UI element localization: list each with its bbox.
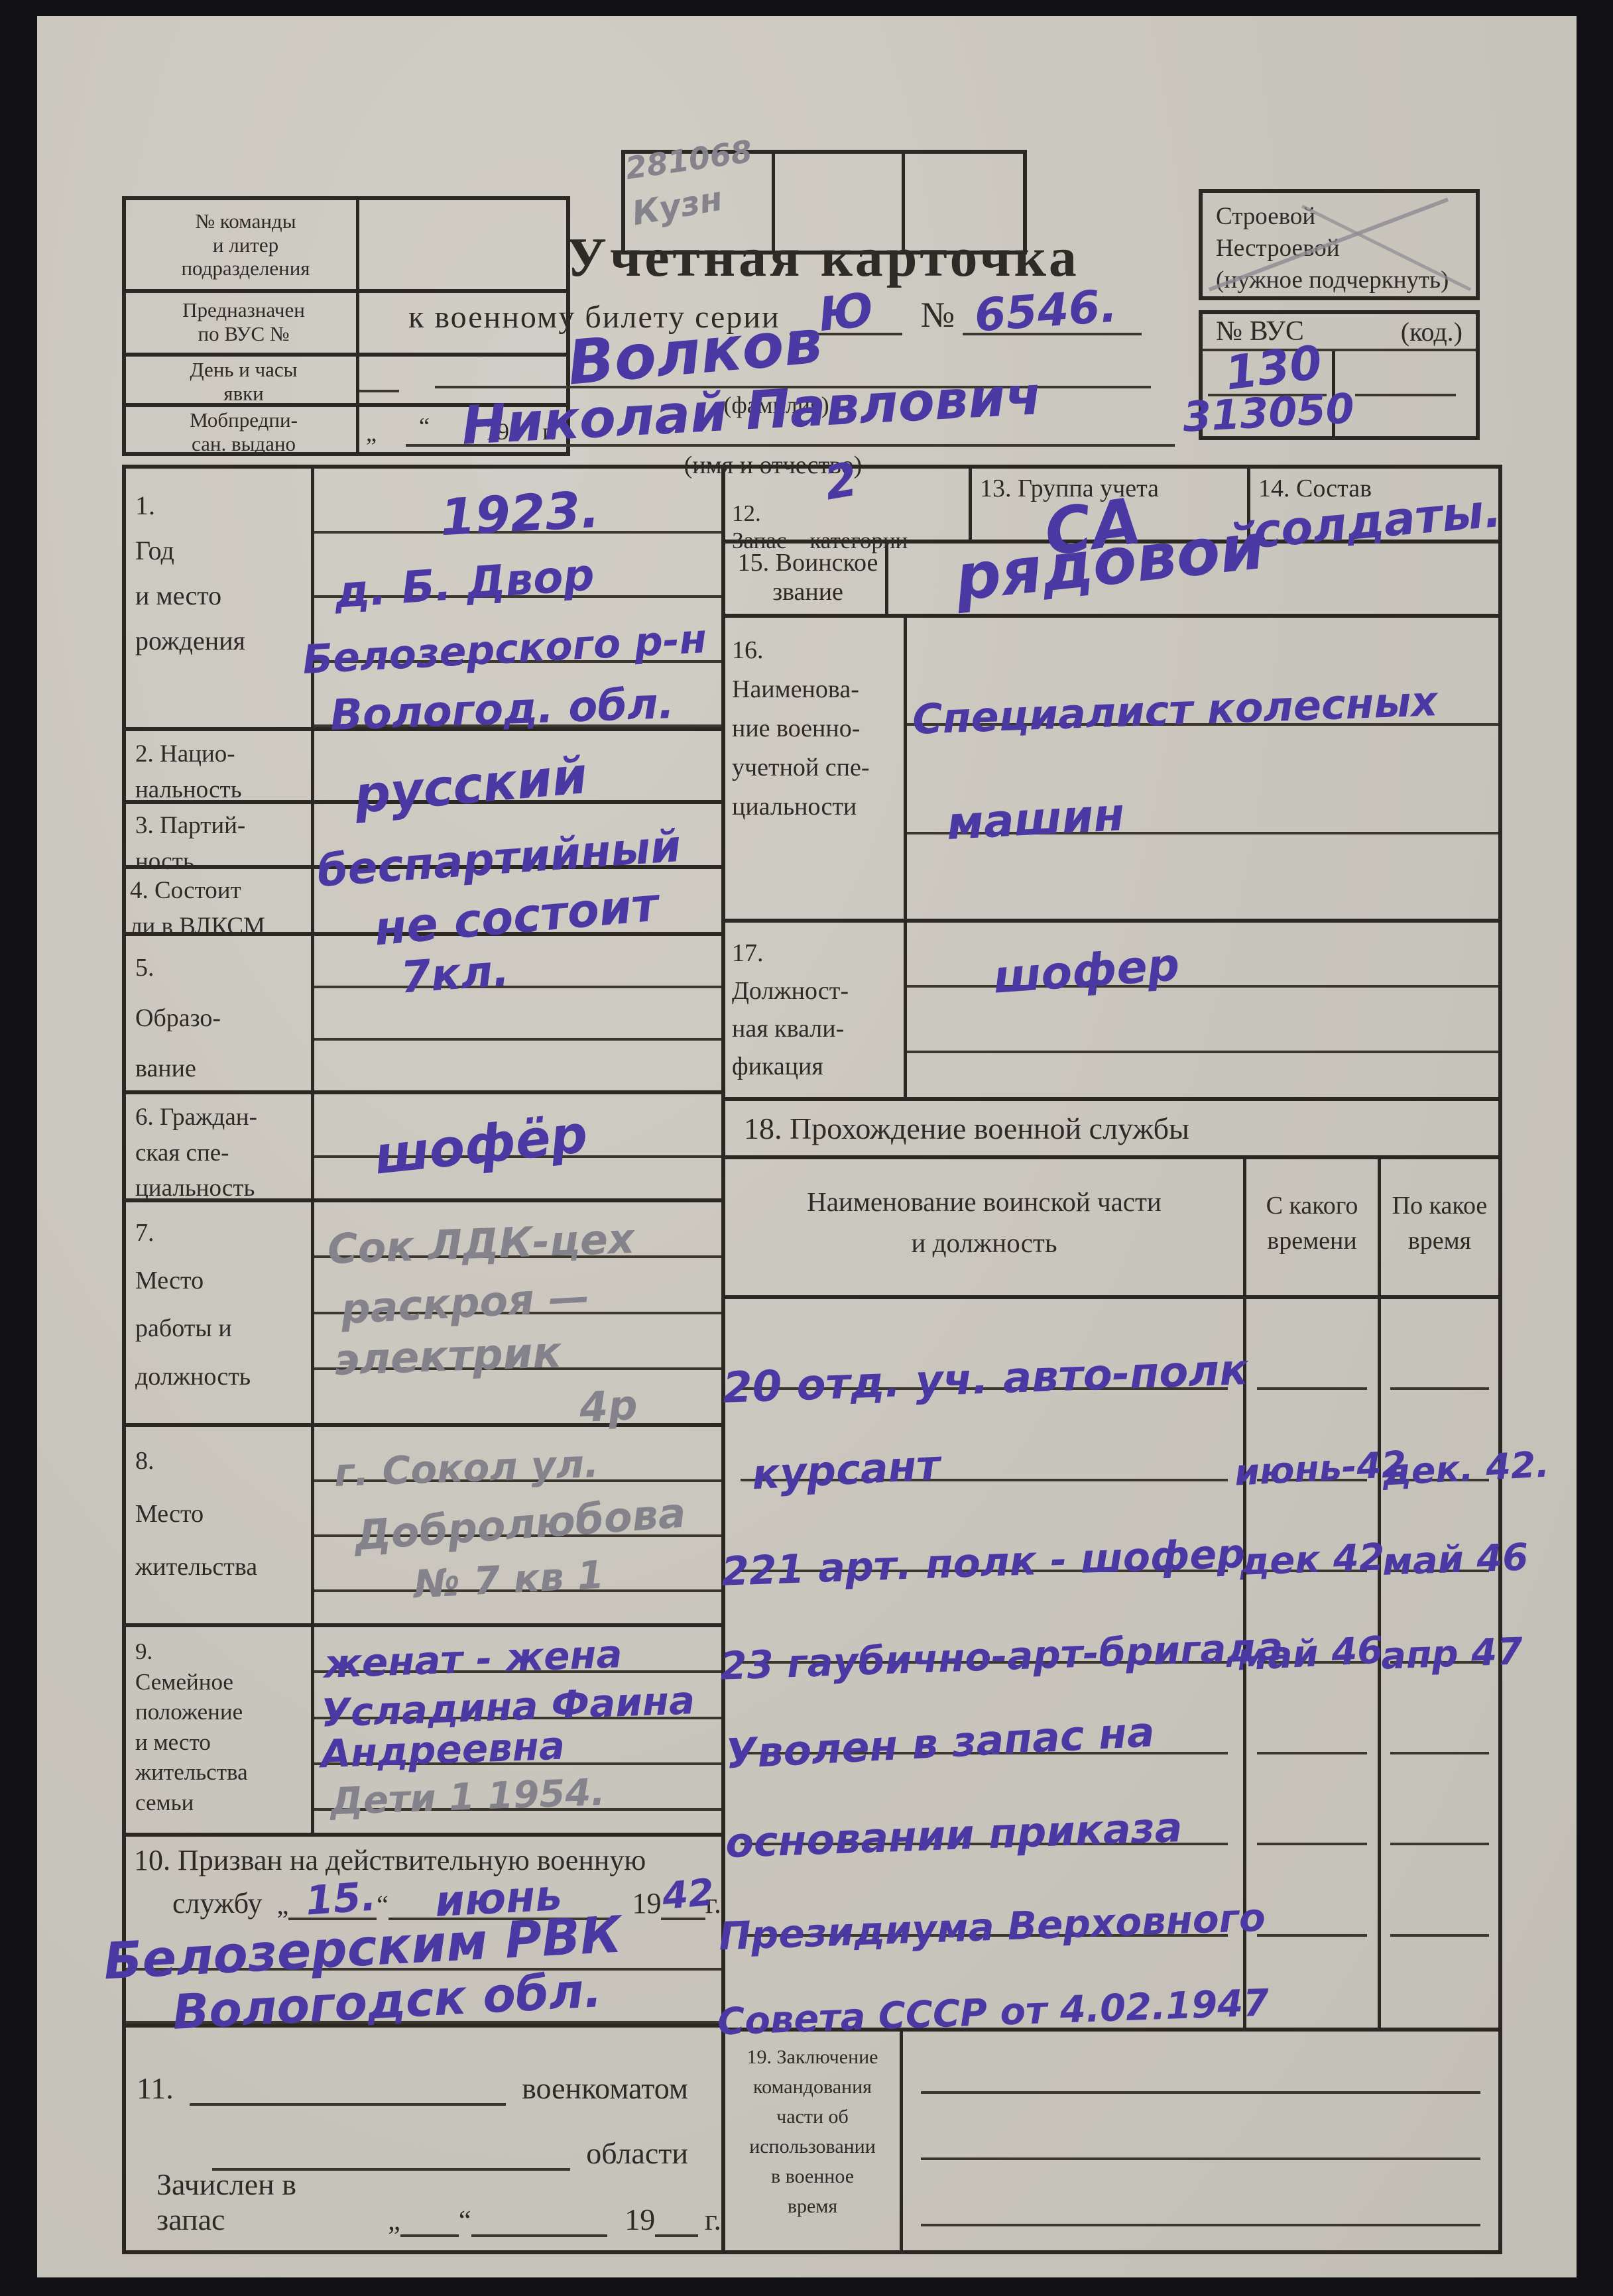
col-unit-header: Наименование воинской части и должность: [725, 1159, 1246, 1295]
number-handwritten: 6546.: [973, 284, 1118, 339]
field-10-row: 10. Призван на действительную военную сл…: [126, 1837, 721, 2028]
ruled-line: [921, 2224, 1480, 2226]
mob-row-label: Предназначен по ВУС №: [126, 293, 359, 353]
field-7-label: 7. Место работы и должность: [126, 1202, 314, 1423]
field-8-row: 8. Место жительства г. Сокол ул. Добролю…: [126, 1427, 721, 1627]
field-9-label: 9. Семейное положение и место жительства…: [126, 1627, 314, 1833]
field-5-label: 5. Образо- вание: [126, 936, 314, 1090]
value-line: Сок ЛДК-цех: [314, 1202, 721, 1258]
qualification-row: 17. Должност- ная квали- фикация шофер: [725, 923, 1502, 1101]
field-9-row: 9. Семейное положение и место жительства…: [126, 1627, 721, 1837]
year-blank: 42: [661, 1880, 705, 1920]
quote-open: „: [388, 2205, 400, 2237]
blank-rule: [400, 2197, 459, 2237]
stamp-number-handwritten: 281068: [624, 136, 754, 184]
field-5-row: 5. Образо- вание 7кл.: [126, 936, 721, 1094]
conscription-printed-1: 10. Призван на действительную военную: [126, 1837, 721, 1875]
year-printed: 19: [632, 1886, 661, 1920]
value-line: Андреевна: [314, 1719, 721, 1765]
wartime-use-row: 19. Заключение командования части об исп…: [725, 2032, 1502, 2254]
stamp-word-handwritten: Кузн: [630, 182, 725, 230]
series-handwritten: Ю: [816, 286, 875, 338]
value-line: Дети 1 1954.: [314, 1765, 721, 1811]
left-column: 1. Год и место рождения 1923. д. Б. Двор…: [122, 465, 725, 2254]
field-11-row: 11. военкоматом области Зачислен в запас…: [126, 2028, 721, 2248]
number-blank: 6546.: [963, 297, 1142, 335]
service-section-title: 18. Прохождение военной службы: [725, 1101, 1502, 1159]
mob-row-label: День и часы явки: [126, 357, 359, 403]
registration-card: № команды и литер подразделения Предназн…: [37, 16, 1577, 2277]
day-blank: 15.: [288, 1880, 377, 1920]
field-1-row: 1. Год и место рождения 1923. д. Б. Двор…: [126, 469, 721, 731]
field-4-label: 4. Состоит ли в ВЛКСМ: [126, 869, 314, 932]
field-19-label: 19. Заключение командования части об исп…: [725, 2032, 903, 2250]
vus-code-handwritten: 313050: [1182, 388, 1356, 437]
value-line: русский: [314, 731, 721, 800]
value-line: [314, 1592, 721, 1623]
wartime-use-blank: [903, 2032, 1498, 2250]
oblast-word: области: [586, 2136, 721, 2171]
value-line: электрик: [314, 1314, 721, 1370]
col-from-header: С какого времени: [1246, 1159, 1381, 1295]
field-16-label: 16. Наименова- ние военно- учетной спе- …: [725, 618, 907, 919]
service-table-body: 20 отд. уч. авто-полк курсант июнь-42 де…: [725, 1299, 1502, 2032]
field-3-row: 3. Партий- ность беспартийный: [126, 804, 721, 869]
value-line: машин: [907, 726, 1498, 834]
value-line: раскроя —: [314, 1258, 721, 1314]
field-15-value: рядовой: [888, 544, 1498, 614]
value-line: [314, 1811, 721, 1833]
page-title: Учетная карточка: [349, 225, 1297, 290]
field-12-label: 12. Запас—категории: [732, 500, 908, 553]
service-title-text: 18. Прохождение военной службы: [744, 1111, 1189, 1146]
ruled-line: [1355, 394, 1457, 396]
year-handwritten: 42: [661, 1874, 716, 1916]
value-line: [907, 834, 1498, 919]
value-line: беспартийный: [314, 804, 721, 865]
blank-rule: [471, 2197, 608, 2237]
service-row: Президиума Верховного: [725, 1845, 1498, 1936]
service-row: 23 гаубично-арт-бригада май 46 апр 47: [725, 1572, 1498, 1663]
vus-header-right: (код.): [1401, 316, 1463, 347]
field-4-row: 4. Состоит ли в ВЛКСМ не состоит: [126, 869, 721, 936]
value-line: [314, 988, 721, 1041]
field-2-label: 2. Нацио- нальность: [126, 731, 314, 800]
field-17-label: 17. Должност- ная квали- фикация: [725, 923, 907, 1097]
rank-row: 15. Воинское звание рядовой: [725, 544, 1502, 618]
field-11-number: 11.: [126, 2071, 174, 2106]
quote-close: “: [419, 412, 430, 440]
ruled-line: [921, 2157, 1480, 2160]
enlistment-line-1: 11. военкоматом: [126, 2047, 721, 2106]
day-handwritten: 15.: [304, 1876, 377, 1921]
field-2-row: 2. Нацио- нальность русский: [126, 731, 721, 804]
value-line: Вологод. обл.: [314, 663, 721, 728]
service-table-header: Наименование воинской части и должность …: [725, 1159, 1502, 1299]
quote-open: „: [366, 419, 377, 447]
field-8-label: 8. Место жительства: [126, 1427, 314, 1623]
value-line: 7кл.: [314, 936, 721, 988]
value-line: 1923.: [314, 469, 721, 534]
reserve-prefix: Зачислен в запас: [156, 2167, 368, 2237]
vus-box: № ВУС (код.) 130 313050: [1199, 310, 1480, 440]
ruled-line: [359, 390, 399, 392]
value-line: [314, 1041, 721, 1090]
quote-close: “: [459, 2205, 471, 2237]
right-column: 12. Запас—категории 2 13. Группа учета С…: [725, 465, 1502, 2254]
field-12-cell: 12. Запас—категории 2: [725, 469, 972, 540]
pencil-cross-mark: [1203, 193, 1476, 296]
enlistment-line-2: области: [126, 2106, 721, 2171]
specialty-row: 16. Наименова- ние военно- учетной спе- …: [725, 618, 1502, 923]
blank-rule: [212, 2131, 570, 2171]
value-line: д. Б. Двор: [314, 534, 721, 599]
value-line: шофер: [907, 923, 1498, 988]
value-line: 4р: [314, 1370, 721, 1423]
conscription-printed-2: службу „ 15. “ июнь 19 42 г.: [126, 1875, 721, 1920]
vus-value-cell: 130 313050: [1203, 351, 1335, 436]
value-line: Вологодск обл.: [126, 1971, 721, 2024]
ruled-line: [921, 2091, 1480, 2094]
field-3-label: 3. Партий- ность: [126, 804, 314, 865]
value-line: Специалист колесных: [907, 618, 1498, 726]
value-line: [907, 1053, 1498, 1097]
line-type-box: Строевой Нестроевой (нужное подчеркнуть): [1199, 189, 1480, 300]
quote-close: “: [377, 1889, 388, 1920]
year-suffix: г.: [705, 2202, 721, 2237]
name-rule: [406, 444, 1175, 447]
voenkomat-word: военкоматом: [522, 2071, 721, 2106]
service-row: основании приказа: [725, 1754, 1498, 1845]
mob-row-label: № команды и литер подразделения: [126, 200, 359, 289]
number-sign: №: [921, 294, 955, 335]
col-to-header: По какое время: [1381, 1159, 1498, 1295]
field-6-label: 6. Граждан- ская спе- циальность: [126, 1094, 314, 1198]
value-line: Белозерского р-н: [314, 598, 721, 663]
year-printed: 19: [625, 2202, 655, 2237]
value-line: Добролюбова: [314, 1482, 721, 1537]
value-line: не состоит: [314, 869, 721, 932]
value-line: Усладина Фаина: [314, 1673, 721, 1719]
vus-code-cell-empty: [1335, 351, 1476, 436]
value-line: № 7 кв 1: [314, 1537, 721, 1592]
value-line: женат - жена: [314, 1627, 721, 1673]
service-row: 20 отд. уч. авто-полк: [725, 1299, 1498, 1390]
workplace-4: 4р: [578, 1385, 638, 1428]
enlistment-line-3: Зачислен в запас „ “ 19 г.: [126, 2171, 721, 2237]
service-row: Совета СССР от 4.02.1947: [725, 1937, 1498, 2028]
quote-open: „: [276, 1889, 288, 1920]
service-row: Уволен в запас на: [725, 1664, 1498, 1754]
field-15-label: 15. Воинское звание: [725, 544, 888, 614]
field-1-label: 1. Год и место рождения: [126, 469, 314, 727]
value-line: шофёр: [314, 1094, 721, 1158]
birth-place-3: Вологод. обл.: [329, 683, 675, 737]
draft-region: Вологодск обл.: [172, 1966, 603, 2036]
service-row: 221 арт. полк - шофер дек 42 май 46: [725, 1481, 1498, 1572]
value-line: [314, 1158, 721, 1198]
blank-rule: [190, 2066, 506, 2106]
service-word: службу: [172, 1886, 262, 1920]
value-line: Белозерским РВК: [126, 1920, 721, 1971]
service-row: курсант июнь-42 дек. 42.: [725, 1390, 1498, 1481]
value-line: г. Сокол ул.: [314, 1427, 721, 1482]
field-6-row: 6. Граждан- ская спе- циальность шофёр: [126, 1094, 721, 1202]
scanned-card-photo: № команды и литер подразделения Предназн…: [0, 0, 1613, 2296]
mob-row-label: Мобпредпи- сан. выдано: [126, 407, 359, 452]
blank-rule: [655, 2197, 698, 2237]
value-line: [907, 988, 1498, 1053]
field-7-row: 7. Место работы и должность Сок ЛДК-цех …: [126, 1202, 721, 1427]
field-14-cell: 14. Состав солдаты.: [1250, 469, 1498, 540]
